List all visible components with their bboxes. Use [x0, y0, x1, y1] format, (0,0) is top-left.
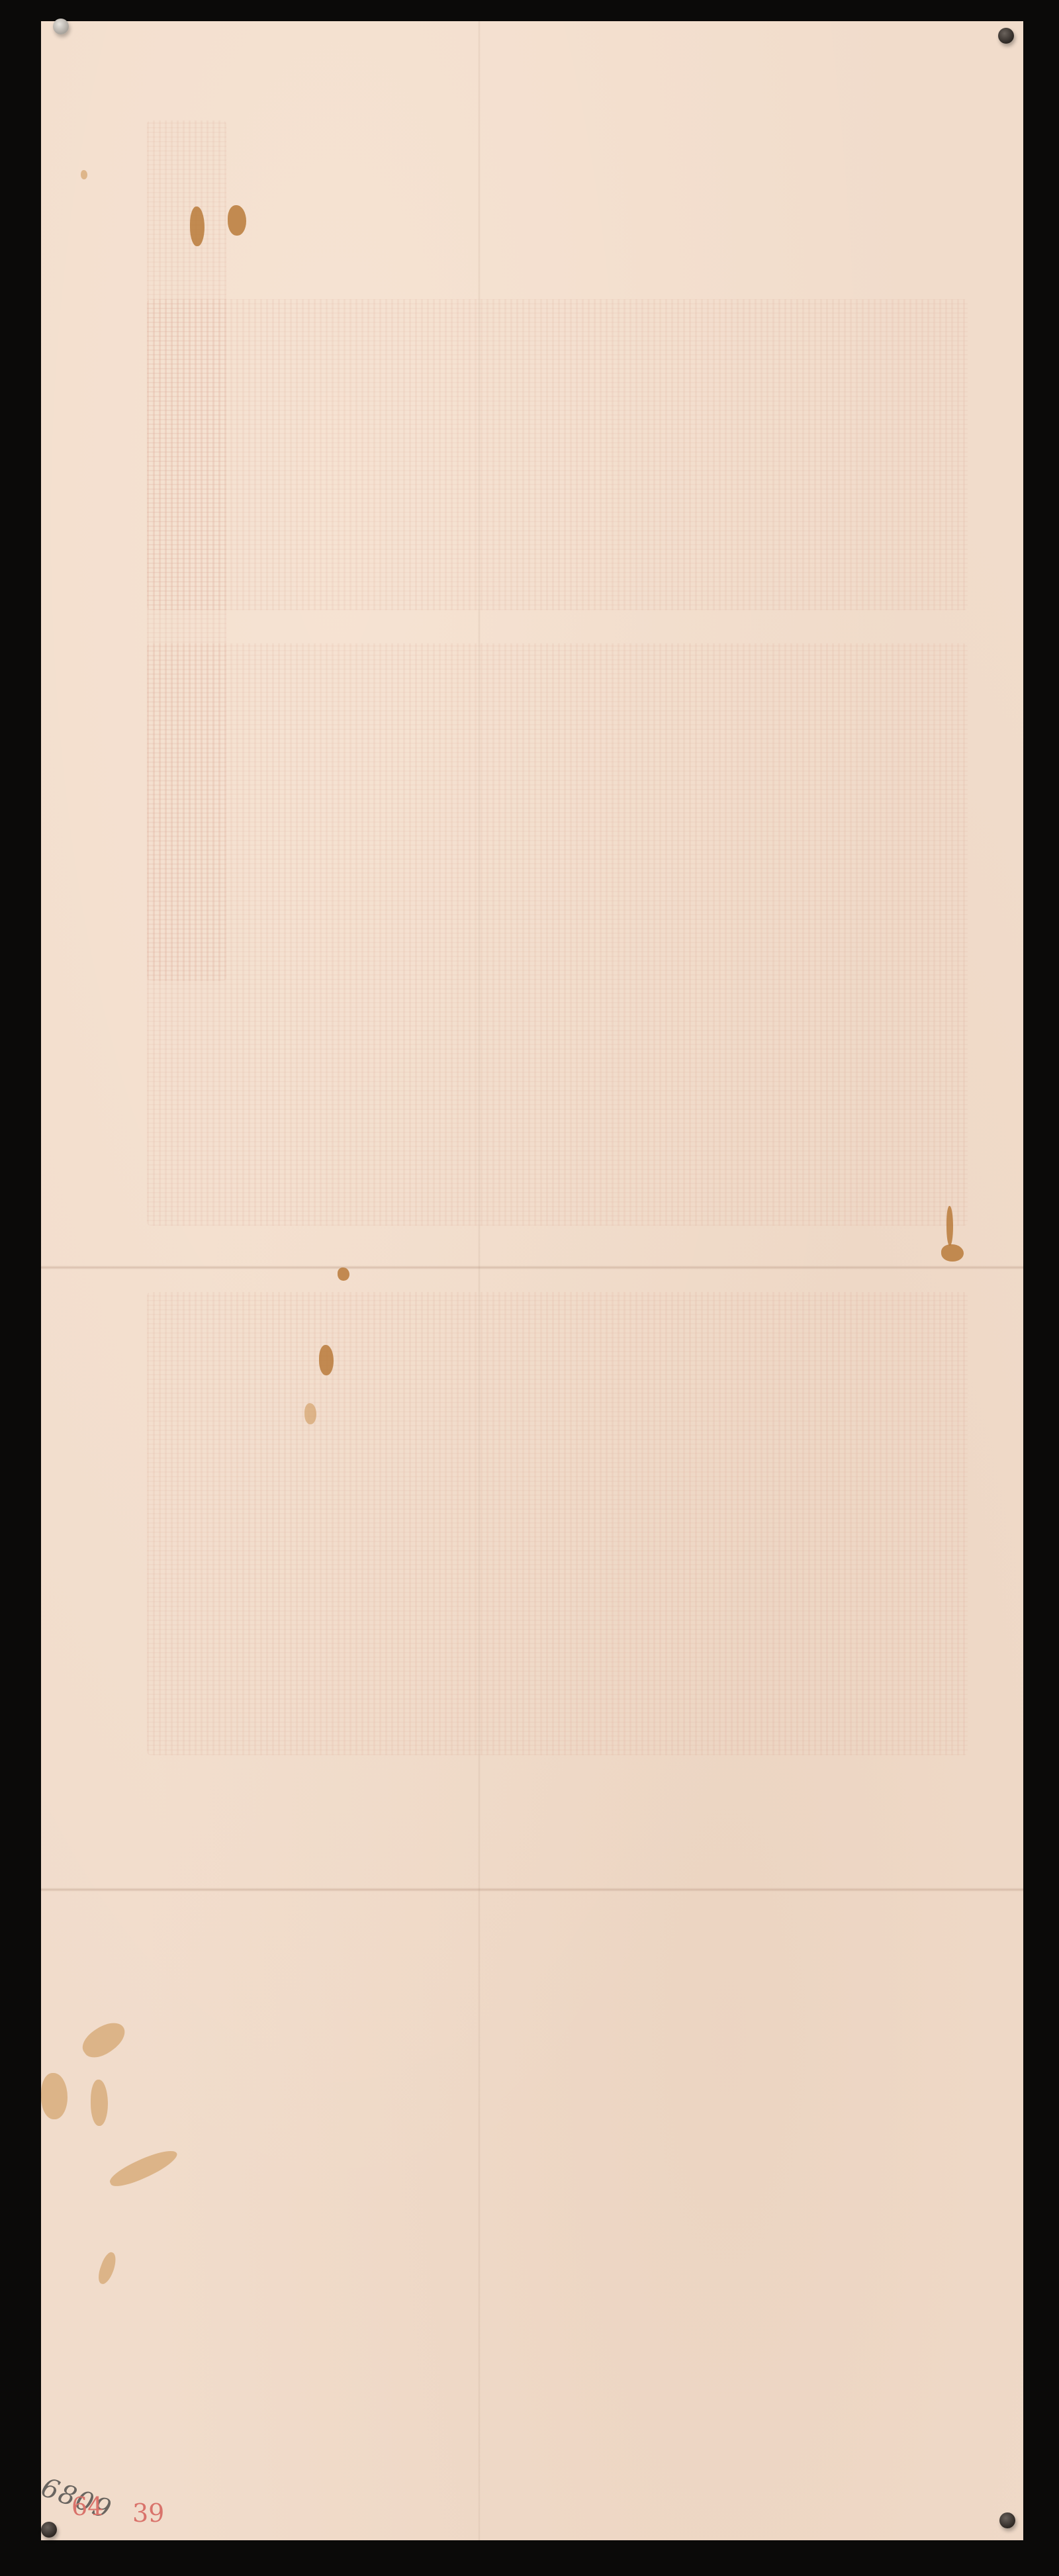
- stain-spot: [338, 1267, 349, 1281]
- stamp-number-right: 39: [132, 2499, 164, 2528]
- stain-spot: [941, 1244, 964, 1262]
- corner-pin: [999, 2512, 1015, 2528]
- stain-spot: [107, 2144, 181, 2192]
- corner-pin: [41, 2522, 57, 2538]
- bleed-through-region: [147, 643, 968, 1226]
- stain-spot: [228, 205, 246, 236]
- corner-pin: [53, 19, 69, 34]
- stain-spot: [81, 170, 87, 179]
- horizontal-fold-line: [41, 1888, 1023, 1892]
- stain-spot: [319, 1345, 334, 1375]
- bleed-through-region: [147, 120, 226, 981]
- stamp-number-left: 64: [71, 2492, 103, 2521]
- stain-spot: [190, 207, 205, 246]
- stain-spot: [95, 2250, 119, 2286]
- vertical-fold-line: [478, 21, 481, 2540]
- stain-spot: [304, 1403, 316, 1424]
- stain-spot: [91, 2080, 108, 2126]
- stain-spot: [946, 1206, 953, 1246]
- poster-back-paper: [41, 21, 1023, 2540]
- bleed-through-region: [147, 299, 968, 610]
- stain-spot: [77, 2016, 130, 2064]
- horizontal-fold-line: [41, 1265, 1023, 1269]
- corner-pin: [998, 28, 1014, 44]
- bleed-through-region: [147, 1292, 968, 1755]
- stain-spot: [41, 2073, 68, 2119]
